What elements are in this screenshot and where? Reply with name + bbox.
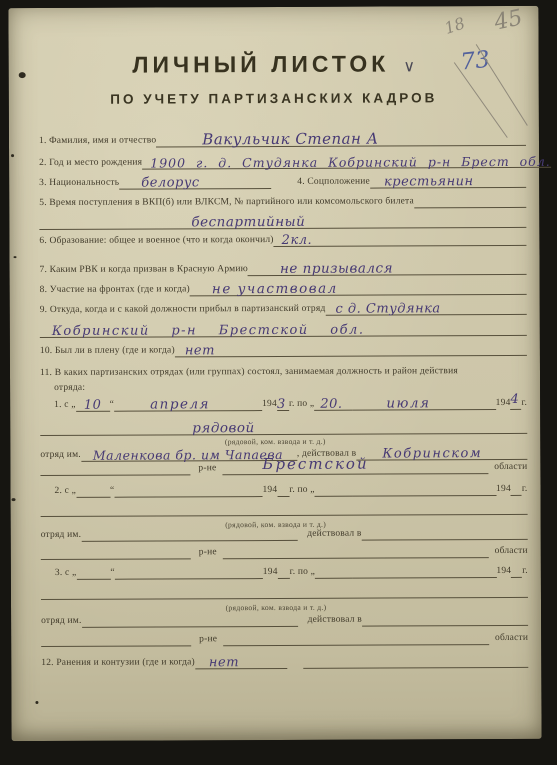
year-printed: 194 xyxy=(496,398,511,410)
service1-dates: 1. с „ 10 “ апреля 194 3 г. по „ 20. июл… xyxy=(40,392,527,412)
field-surname: 1. Фамилия, имя и отчество Вакульчик Сте… xyxy=(39,128,526,148)
ink-speck xyxy=(35,701,38,704)
blank-line xyxy=(40,474,190,476)
month-line: июля xyxy=(352,396,495,411)
handwritten-value: белорус xyxy=(119,176,199,189)
handwritten-value: нет xyxy=(175,344,215,357)
field-label: 11. В каких партизанских отрядах (или гр… xyxy=(40,366,458,380)
oblast-label: области xyxy=(489,546,528,558)
field-label: 1. Фамилия, имя и отчество xyxy=(39,136,156,148)
checkmark-annotation: ∨ xyxy=(403,56,415,75)
field-nationality-social: 3. Национальность белорус 4. Соцположени… xyxy=(39,170,526,190)
field-line xyxy=(303,667,528,669)
field-line: нет xyxy=(195,655,287,669)
ink-speck xyxy=(12,498,16,501)
field-fronts: 8. Участие на фронтах (где и когда) не у… xyxy=(40,277,527,297)
ink-speck xyxy=(13,256,16,258)
field-label: 10. Был ли в плену (где и когда) xyxy=(40,346,175,359)
field-label: 7. Каким РВК и когда призван в Красную А… xyxy=(40,264,248,277)
rayon-line: Брестской xyxy=(222,458,488,475)
field-units-label: 11. В каких партизанских отрядах (или гр… xyxy=(40,366,527,380)
year-line xyxy=(278,578,290,579)
year-suffix: г. xyxy=(522,566,528,578)
field-label: 12. Ранения и контузии (где и когда) xyxy=(41,657,195,670)
year-line xyxy=(511,495,522,496)
handwritten-value: крестьянин xyxy=(370,175,474,188)
field-line: не участвовал xyxy=(190,280,527,296)
rank-line: рядовой xyxy=(40,419,527,436)
rayon-label: р-не xyxy=(190,463,222,475)
rayon-label: р-не xyxy=(191,634,223,646)
pencil-annotation-18: 18 xyxy=(442,14,467,38)
handwritten-rank: рядовой xyxy=(40,422,255,436)
year-suffix: г. xyxy=(521,398,527,410)
handwritten-day: 20. xyxy=(314,398,342,411)
handwritten-value: беспартийный xyxy=(39,215,305,230)
field-party: 5. Время поступления в ВКП(б) или ВЛКСМ,… xyxy=(39,192,526,210)
handwritten-value: не призывался xyxy=(248,262,393,276)
field-label: 3. Национальность xyxy=(39,178,119,190)
field-line: с д. Студянка xyxy=(325,301,526,316)
month-line xyxy=(353,577,496,579)
rayon-label: р-не xyxy=(191,547,223,559)
field-line: Кобринский р-н Брестской обл. xyxy=(40,322,527,338)
ink-speck xyxy=(11,154,14,157)
scanned-document: 18 45 73 ЛИЧНЫЙ ЛИСТОК∨ ПО УЧЕТУ ПАРТИЗА… xyxy=(0,0,557,765)
date-mid: г. по „ xyxy=(289,485,314,497)
handwritten-month: апреля xyxy=(114,398,210,412)
field-label: 4. Соцположение xyxy=(297,177,370,189)
date-line: 10 xyxy=(76,398,110,412)
date-line xyxy=(315,578,353,579)
service2-rank xyxy=(41,503,528,517)
blank-line xyxy=(41,558,191,560)
service1-rank: рядовой xyxy=(40,422,527,436)
handwritten-value: не участвовал xyxy=(190,282,338,296)
service1-region: р-не Брестской области xyxy=(40,454,527,476)
field-captivity: 10. Был ли в плену (где и когда) нет xyxy=(40,338,527,358)
year-suffix: г. xyxy=(522,484,528,496)
pencil-annotation-crossed: 45 xyxy=(492,5,525,35)
year-printed: 194 xyxy=(496,484,511,496)
date-prefix: 1. с „ xyxy=(54,400,76,412)
handwritten-month: июля xyxy=(352,397,430,411)
date-line xyxy=(76,579,110,580)
page-title: ЛИЧНЫЙ ЛИСТОК xyxy=(132,50,389,77)
rayon-line xyxy=(223,557,489,559)
field-label: 8. Участие на фронтах (где и когда) xyxy=(40,284,190,297)
year-printed: 194 xyxy=(496,566,511,578)
field-birth: 2. Год и место рождения 1900 г. д. Студя… xyxy=(39,150,526,170)
handwritten-value: нет xyxy=(195,656,239,669)
oblast-label: области xyxy=(489,633,528,645)
service3-dates: 3. с „ “ 194 г. по „ 194 г. xyxy=(41,560,528,580)
blank-line xyxy=(41,645,191,647)
month-line: апреля xyxy=(114,397,262,412)
field-label: 9. Откуда, когда и с какой должности при… xyxy=(40,304,326,317)
date-mid: г. по „ xyxy=(289,399,314,411)
date-line xyxy=(315,496,353,497)
field-wounds: 12. Ранения и контузии (где и когда) нет xyxy=(41,650,528,670)
handwritten-value: Вакульчик Степан А xyxy=(156,132,378,148)
year-line: 4 xyxy=(510,396,521,410)
date-mid: г. по „ xyxy=(290,567,315,579)
rayon-line xyxy=(223,644,489,646)
field-party-answer: беспартийный xyxy=(39,210,526,230)
service3-rank xyxy=(41,586,528,600)
field-line: 1900 г. д. Студянка Кобринский р-н Брест… xyxy=(142,154,551,169)
header: ЛИЧНЫЙ ЛИСТОК∨ xyxy=(9,50,539,79)
handwritten-year-digit: 3 xyxy=(277,398,286,411)
year-line xyxy=(511,577,522,578)
field-origin-line2: Кобринский р-н Брестской обл. xyxy=(40,318,527,338)
handwritten-value: 1900 г. д. Студянка Кобринский р-н Брест… xyxy=(142,155,551,169)
field-origin: 9. Откуда, когда и с какой должности при… xyxy=(40,297,527,317)
year-printed: 194 xyxy=(263,567,278,579)
handwritten-value: с д. Студянка xyxy=(325,302,440,316)
field-rvk: 7. Каким РВК и когда призван в Красную А… xyxy=(39,257,526,277)
service2-dates: 2. с „ “ 194 г. по „ 194 г. xyxy=(40,478,527,498)
document-page: 18 45 73 ЛИЧНЫЙ ЛИСТОК∨ ПО УЧЕТУ ПАРТИЗА… xyxy=(8,6,541,741)
handwritten-rayon: Брестской xyxy=(222,457,368,473)
field-label: 2. Год и место рождения xyxy=(39,158,142,170)
field-education: 6. Образование: общее и военное (что и к… xyxy=(39,228,526,248)
field-line: белорус xyxy=(119,175,271,190)
date-prefix: 3. с „ xyxy=(55,568,77,580)
month-line xyxy=(353,495,496,497)
page-subtitle: ПО УЧЕТУ ПАРТИЗАНСКИХ КАДРОВ xyxy=(9,90,539,107)
handwritten-value: 2кл. xyxy=(274,234,313,247)
field-line xyxy=(414,207,526,208)
date-line: 20. xyxy=(314,397,352,411)
field-line: 2кл. xyxy=(274,232,527,247)
year-printed: 194 xyxy=(262,399,277,411)
date-prefix: 2. с „ xyxy=(54,486,76,498)
year-line: 3 xyxy=(277,397,289,411)
year-line xyxy=(277,496,289,497)
handwritten-day: 10 xyxy=(84,399,102,412)
service2-region: р-не области xyxy=(41,538,528,560)
month-line xyxy=(115,578,263,580)
rank-line xyxy=(41,597,528,600)
handwritten-value: Кобринский р-н Брестской обл. xyxy=(40,324,365,338)
month-line xyxy=(114,496,262,498)
field-label: 5. Время поступления в ВКП(б) или ВЛКСМ,… xyxy=(39,196,414,210)
field-line: нет xyxy=(175,342,527,358)
handwritten-year-digit: 4 xyxy=(510,393,519,406)
field-line: не призывался xyxy=(248,260,527,276)
date-line xyxy=(76,497,110,498)
year-printed: 194 xyxy=(262,485,277,497)
field-line: Вакульчик Степан А xyxy=(156,130,526,148)
field-label: 6. Образование: общее и военное (что и к… xyxy=(39,235,273,248)
oblast-label: области xyxy=(488,462,527,474)
service3-region: р-не области xyxy=(41,625,528,647)
field-line: крестьянин xyxy=(370,174,526,189)
rank-line xyxy=(41,514,528,517)
